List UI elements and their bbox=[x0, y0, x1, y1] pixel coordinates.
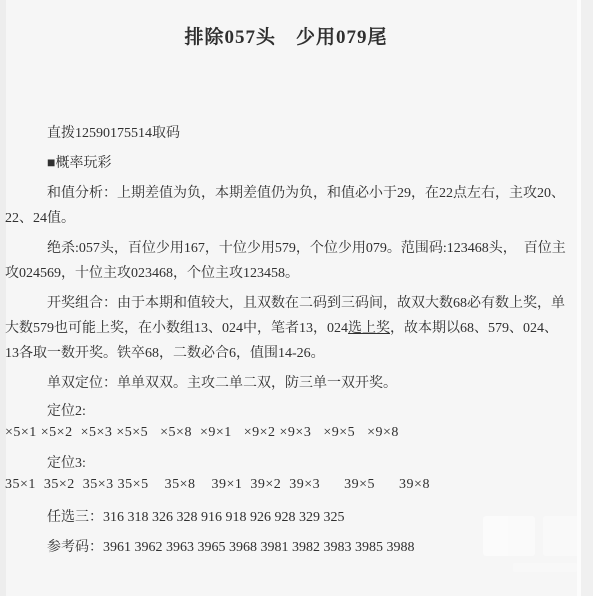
position2-block: 定位2: ×5×1 ×5×2 ×5×3 ×5×5 ×5×8 ×9×1 ×9×2 … bbox=[5, 401, 567, 443]
para-draw-combination: 开奖组合：由于本期和值较大，且双数在二码到三码间，故双大数68必有数上奖，单大数… bbox=[5, 291, 567, 366]
pick3-row: 任选三：316 318 326 328 916 918 926 928 329 … bbox=[5, 505, 567, 530]
page-title: 排除057头 少用079尾 bbox=[5, 25, 567, 51]
article-body: 直拨12590175514取码 ■概率玩彩 和值分析：上期差值为负，本期差值仍为… bbox=[5, 121, 567, 560]
para-sum-analysis: 和值分析：上期差值为负，本期差值仍为负，和值必小于29，在22点左右，主攻20、… bbox=[5, 181, 567, 231]
section-header: ■概率玩彩 bbox=[5, 151, 567, 176]
para-odd-even-position: 单双定位：单单双双。主攻二单二双，防三单一双开奖。 bbox=[5, 371, 567, 396]
position3-values: 35×1 35×2 35×3 35×5 35×8 39×1 39×2 39×3 … bbox=[5, 474, 567, 495]
reference-codes-label: 参考码： bbox=[47, 540, 103, 555]
position3-label: 定位3: bbox=[5, 453, 567, 474]
para-kill-numbers: 绝杀:057头，百位少用167，十位少用579，个位少用079。范围码:1234… bbox=[5, 236, 567, 286]
pick3-values: 316 318 326 328 916 918 926 928 329 325 bbox=[103, 510, 345, 525]
draw-combination-underlined: 选上奖 bbox=[348, 321, 390, 336]
position3-block: 定位3: 35×1 35×2 35×3 35×5 35×8 39×1 39×2 … bbox=[5, 453, 567, 495]
reference-codes-row: 参考码：3961 3962 3963 3965 3968 3981 3982 3… bbox=[5, 535, 567, 560]
position2-values: ×5×1 ×5×2 ×5×3 ×5×5 ×5×8 ×9×1 ×9×2 ×9×3 … bbox=[5, 422, 567, 443]
article-page: 排除057头 少用079尾 直拨12590175514取码 ■概率玩彩 和值分析… bbox=[0, 0, 593, 596]
reference-codes-values: 3961 3962 3963 3965 3968 3981 3982 3983 … bbox=[103, 540, 415, 555]
position2-label: 定位2: bbox=[5, 401, 567, 422]
pick3-label: 任选三： bbox=[47, 510, 103, 525]
phone-code-line: 直拨12590175514取码 bbox=[5, 121, 567, 146]
article-content: 排除057头 少用079尾 直拨12590175514取码 ■概率玩彩 和值分析… bbox=[0, 0, 577, 596]
right-margin-strip bbox=[581, 0, 593, 596]
